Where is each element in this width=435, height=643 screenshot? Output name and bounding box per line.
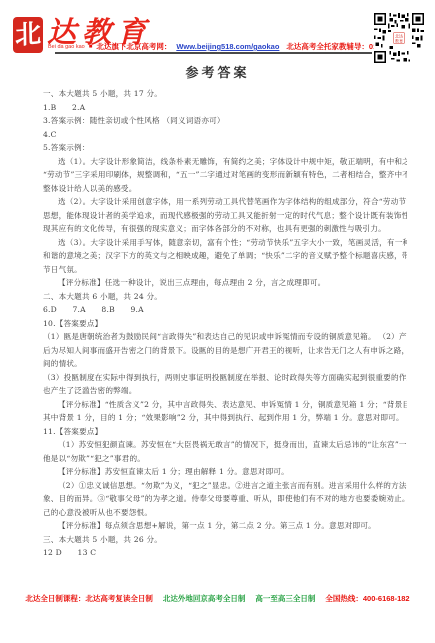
answer-line: 4.C [43, 128, 407, 142]
answer-line: 象、目的而异。③“敬事父母”的为孝之道。侍奉父母要尊重、听从，即使他们有不对的地… [43, 492, 407, 506]
answer-line: 5.答案示例： [43, 141, 407, 155]
answer-line: 1.B 2.A [43, 101, 407, 115]
answer-line: 11.【答案要点】 [43, 425, 407, 439]
answer-line: 节日气氛。 [43, 263, 407, 277]
answer-line: 他是以“勿欺”“犯之”事君的。 [43, 452, 407, 466]
answer-line: 二、本大题共 6 小题，共 24 分。 [43, 290, 407, 304]
svg-text:教育: 教育 [395, 37, 403, 43]
answer-line: 后为尽知人间事而盛开告密之门的背景下。设匦的目的是想广开君王的视听，让求告无门之… [43, 344, 407, 358]
answer-line: 12 D 13 C [43, 546, 407, 560]
answer-line: 3.答案示例：随性亲切或个性风格 （同义词语亦可） [43, 114, 407, 128]
footer-segment: 北达外地回京高考全日制 [163, 594, 246, 603]
beida-seal-logo: 北 [13, 17, 43, 53]
answer-line: （3）投匦制度在实际中得到执行，两则史事证明投匦制度在举报、论时政得失等方面确实… [43, 371, 407, 385]
answer-line: 和谐的意境之美；汉字下方的英文与之相映成趣，避免了单调；“快乐”二字的音义赋予整… [43, 249, 407, 263]
answer-line: 三、本大题共 5 小题，共 26 分。 [43, 533, 407, 547]
seal-character: 北 [15, 21, 41, 49]
header-tagline: Bei da gao kao ■ 北达旗下北京高考网： Www.beijing5… [48, 41, 372, 52]
answer-line: 【评分标准】“性质含义”2 分，其中言政得失、表达意见、申诉冤情 1 分，铜质意… [43, 398, 407, 412]
answer-line: 10.【答案要点】 [43, 317, 407, 331]
answer-line: （2）①忠义诚信思想。“勿欺”为义，“犯之”显忠。②进言之道主张言而有别。进言采… [43, 479, 407, 493]
footer-segment: 全国热线：400-6168-182 [325, 594, 409, 603]
answer-line: 间的情状。 [43, 357, 407, 371]
tagline-prefix: 北达旗下北京高考网： [96, 41, 171, 52]
red-square-bullet-icon: ■ [89, 44, 93, 50]
answer-sheet-page: 北 达教育 Bei da gao kao ■ 北达旗下北京高考网： Www.be… [0, 0, 435, 643]
qr-code-image: 北达 教育 [374, 13, 424, 63]
footer-courses-line: 北达全日制课程：北达高考复读全日制北达外地回京高考全日制高一至高三全日制全国热线… [0, 593, 435, 604]
answer-line: 一、本大题共 5 小题，共 17 分。 [43, 87, 407, 101]
answer-line: 整体设计给人以美的感受。 [43, 182, 407, 196]
qr-code: 北达 教育 [374, 13, 424, 63]
header-divider [55, 52, 372, 54]
answer-line: 【评分标准】任选一种设计，说出三点理由，每点理由 2 分，言之成理即可。 [43, 276, 407, 290]
answer-line: 6.D 7.A 8.B 9.A [43, 303, 407, 317]
answer-line: 选（2）。大字设计采用创意字体，用一系列劳动工具代替笔画作为字体结构的组成部分，… [43, 195, 407, 209]
answer-line: 也产生了泛滥告密的弊端。 [43, 384, 407, 398]
answer-line: 现其应有的文化传导，有很强的现实意义；而字体各部分的不对称，也具有更强的刺激性与… [43, 222, 407, 236]
answer-line: 思想，能体现设计者的美学追求，而现代感极强的劳动工具又能折射一定的时代气息；整个… [43, 209, 407, 223]
answer-line: 其中背景 1 分，目的 1 分；“效果影响”2 分，其中得到执行、起到作用 1 … [43, 411, 407, 425]
answer-line: 选（3）。大字设计采用手写体，随意亲切，富有个性；“劳动节快乐”五字大小一致，笔… [43, 236, 407, 250]
answer-line: 选（1）。大字设计形象简洁，线条朴素无雕饰，有简约之美；字体设计中规中矩，敬正端… [43, 155, 407, 169]
answer-line: 己的心意没被听从也不要怨恨。 [43, 506, 407, 520]
brand-pinyin: Bei da gao kao [48, 44, 85, 50]
footer-segment: 北达全日制课程：北达高考复读全日制 [25, 594, 153, 603]
answer-line: 【评分标准】每点须含思想+解说，第一点 1 分，第二点 2 分。第三点 1 分。… [43, 519, 407, 533]
footer-segment: 高一至高三全日制 [255, 594, 315, 603]
answer-line: （1）苏安恒犯颜直谏。苏安恒在“大臣畏祸无敢言”的情况下，挺身而出，直谏太后忌讳… [43, 438, 407, 452]
answers-body: 一、本大题共 5 小题，共 17 分。1.B 2.A3.答案示例：随性亲切或个性… [43, 87, 407, 560]
answer-line: 【评分标准】苏安恒直谏太后 1 分；理由解释 1 分。意思对即可。 [43, 465, 407, 479]
answer-line: “劳动节”三字采用印刷体，规整调和，“五一”二字通过对笔画的变形而新颖有特色，二… [43, 168, 407, 182]
answer-line: （1）匦是唐朝统治者为鼓励民间“言政得失”和表达自己的见识或申诉冤情而专设的铜质… [43, 330, 407, 344]
page-title: 参考答案 [0, 62, 435, 81]
gaokao-site-link[interactable]: Www.beijing518.com/gaokao [176, 42, 279, 51]
